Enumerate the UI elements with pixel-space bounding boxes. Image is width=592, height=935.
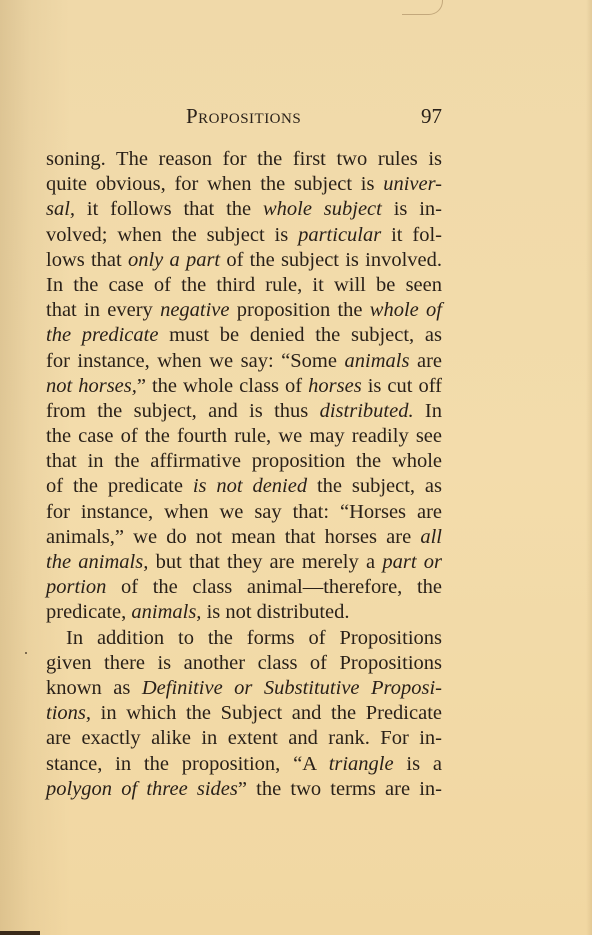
text-line: sal, it follows that the whole subject i…: [46, 197, 442, 222]
text-line: for instance, when we say that: “Horses …: [46, 500, 442, 525]
text-line: known as Definitive or Substitutive Prop…: [46, 676, 442, 701]
text-line: soning. The reason for the first two rul…: [46, 147, 442, 172]
text-line: from the subject, and is thus distribute…: [46, 399, 442, 424]
text-line: the case of the fourth rule, we may read…: [46, 424, 442, 449]
page-edge-shadow: [586, 0, 592, 935]
text-line: lows that only a part of the subject is …: [46, 248, 442, 273]
text-line: not horses,” the whole class of horses i…: [46, 374, 442, 399]
page-number: 97: [421, 104, 442, 129]
page-corner-crease: [402, 0, 443, 15]
text-line: stance, in the proposition, “A triangle …: [46, 752, 442, 777]
text-line: are exactly alike in extent and rank. Fo…: [46, 726, 442, 751]
text-line: tions, in which the Subject and the Pred…: [46, 701, 442, 726]
running-head: Propositions: [186, 104, 301, 129]
text-line: quite obvious, for when the subject is u…: [46, 172, 442, 197]
text-line: portion of the class animal—therefore, t…: [46, 575, 442, 600]
book-page: Propositions 97 soning. The reason for t…: [0, 0, 592, 935]
text-line: for instance, when we say: “Some animals…: [46, 349, 442, 374]
text-line: polygon of three sides” the two terms ar…: [46, 777, 442, 802]
paragraph-end-line: predicate, animals, is not distributed.: [46, 600, 442, 625]
page-bottom-shadow: [0, 931, 40, 935]
text-line: that in every negative proposition the w…: [46, 298, 442, 323]
text-line: In the case of the third rule, it will b…: [46, 273, 442, 298]
text-line: the predicate must be denied the subject…: [46, 323, 442, 348]
body-text: soning. The reason for the first two rul…: [46, 147, 442, 802]
paragraph-start-line: In addition to the forms of Propositions: [46, 626, 442, 651]
text-line: that in the affirmative proposition the …: [46, 449, 442, 474]
text-line: of the predicate is not denied the subje…: [46, 474, 442, 499]
text-line: the animals, but that they are merely a …: [46, 550, 442, 575]
text-line: given there is another class of Proposit…: [46, 651, 442, 676]
text-line: animals,” we do not mean that horses are…: [46, 525, 442, 550]
ink-speck: [25, 652, 27, 654]
page-header: Propositions 97: [46, 100, 442, 130]
text-line: volved; when the subject is particular i…: [46, 223, 442, 248]
